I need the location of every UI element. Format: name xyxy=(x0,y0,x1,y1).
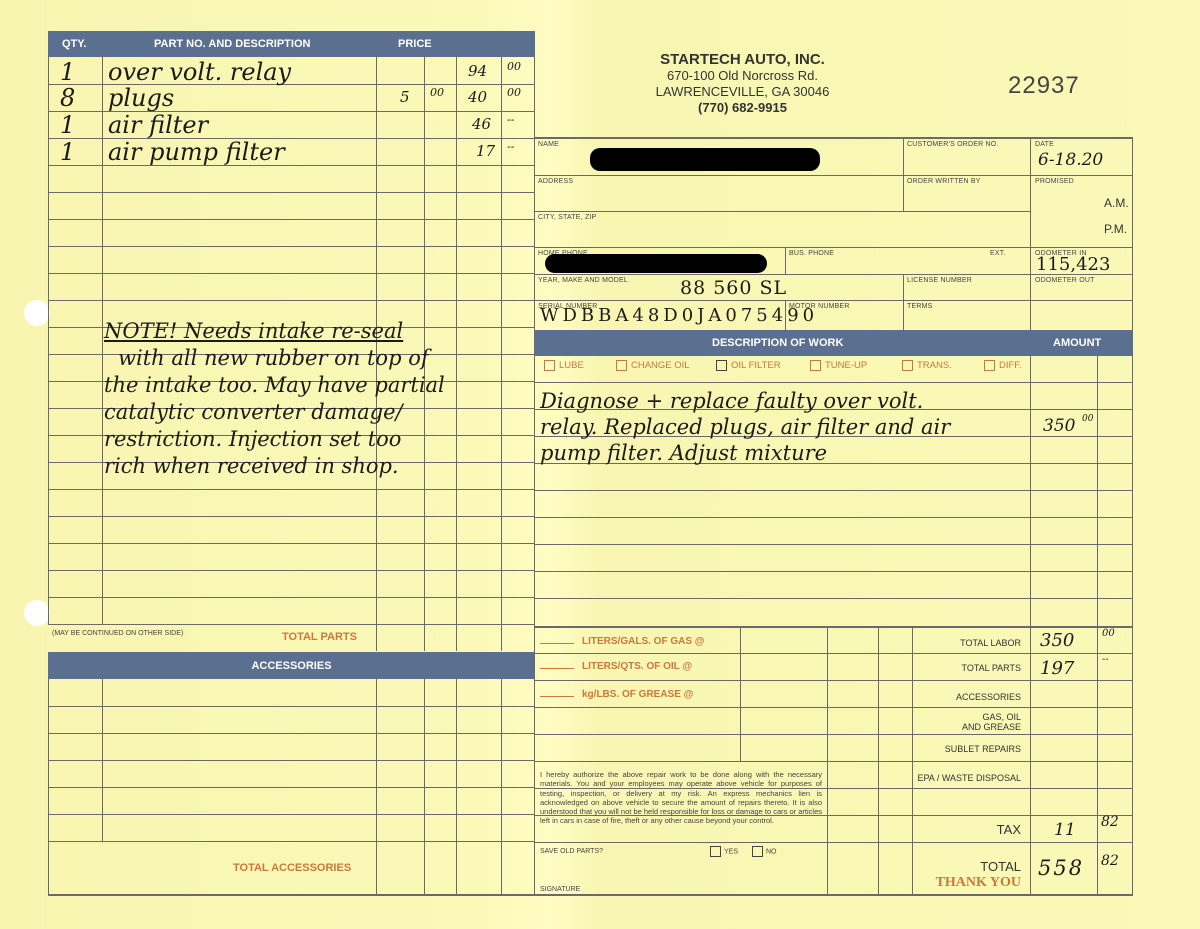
work-amount: 350 xyxy=(1043,416,1075,436)
checkbox-icon[interactable] xyxy=(902,360,913,371)
part-amount-dollars: 94 xyxy=(468,62,487,80)
part-amount-dollars: 17 xyxy=(476,142,495,160)
work-line: relay. Replaced plugs, air filter and ai… xyxy=(540,414,1030,440)
customer-order-label: CUSTOMER'S ORDER NO. xyxy=(907,141,999,148)
save-parts-no[interactable]: NO xyxy=(752,846,777,857)
date-value: 6-18.20 xyxy=(1038,150,1103,170)
oil-line: LITERS/QTS. OF OIL @ xyxy=(540,661,692,672)
part-description: over volt. relay xyxy=(108,58,291,86)
grid-line xyxy=(48,570,535,571)
total-labor-cents: 00 xyxy=(1102,628,1115,639)
checkbox-diff[interactable]: DIFF. xyxy=(984,360,1022,371)
part-qty: 1 xyxy=(60,58,75,86)
checkbox-change-oil[interactable]: CHANGE OIL xyxy=(616,360,690,371)
grease-line: kg/LBS. OF GREASE @ xyxy=(540,689,693,700)
tax-label: TAX xyxy=(997,822,1021,837)
total-parts-summary-label: TOTAL PARTS xyxy=(961,663,1021,673)
gas-oil-label-line: AND GREASE xyxy=(962,722,1021,732)
work-line: Diagnose + replace faulty over volt. xyxy=(540,388,1030,414)
home-phone-redacted xyxy=(545,254,767,273)
grid-line xyxy=(534,571,1132,572)
pm-label: P.M. xyxy=(1104,222,1127,236)
part-qty: 8 xyxy=(60,84,75,112)
grid-line xyxy=(534,734,1132,735)
oil-label: LITERS/QTS. OF OIL @ xyxy=(582,661,692,672)
shop-address-2: LAWRENCEVILLE, GA 30046 xyxy=(535,84,950,100)
continued-label: (MAY BE CONTINUED ON OTHER SIDE) xyxy=(52,630,183,637)
grid-line xyxy=(48,219,535,220)
grid-line xyxy=(534,517,1132,518)
sublet-repairs-label: SUBLET REPAIRS xyxy=(945,744,1021,754)
note-line: restriction. Injection set too xyxy=(104,426,534,453)
odometer-out-label: ODOMETER OUT xyxy=(1035,277,1095,284)
accessories-header-label: ACCESSORIES xyxy=(251,660,331,672)
checkbox-icon[interactable] xyxy=(710,846,721,857)
shop-note: NOTE! Needs intake re-seal with all new … xyxy=(104,318,534,480)
work-line: pump filter. Adjust mixture xyxy=(540,440,1030,466)
checkbox-label: TUNE-UP xyxy=(825,360,867,371)
total-parts-value: 197 xyxy=(1040,658,1074,679)
part-amount-cents: 00 xyxy=(507,86,521,99)
city-state-zip-label: CITY, STATE, ZIP xyxy=(538,214,596,221)
grid-line xyxy=(48,760,535,761)
work-amount-cents: 00 xyxy=(1082,414,1093,424)
note-line: the intake too. May have partial xyxy=(104,372,534,399)
grid-line xyxy=(48,543,535,544)
name-label: NAME xyxy=(538,141,559,148)
epa-waste-label: EPA / WASTE DISPOSAL xyxy=(917,773,1021,783)
grid-line xyxy=(48,246,535,247)
grid-line xyxy=(48,733,535,734)
grease-label: kg/LBS. OF GREASE @ xyxy=(582,689,693,700)
part-description: air pump filter xyxy=(108,138,285,166)
total-parts-cents: -- xyxy=(1102,654,1109,665)
part-unit-dollars: 5 xyxy=(400,88,410,106)
grid-line xyxy=(534,680,1132,681)
accessories-header: ACCESSORIES xyxy=(48,652,535,679)
invoice-number: 22937 xyxy=(1008,72,1080,100)
bus-phone-label: BUS. PHONE xyxy=(789,250,834,257)
grid-line xyxy=(534,544,1132,545)
thank-you-label: THANK YOU xyxy=(936,875,1021,891)
binder-hole xyxy=(24,600,50,626)
total-labor-label: TOTAL LABOR xyxy=(960,638,1021,648)
amount-label: AMOUNT xyxy=(1053,337,1101,349)
save-old-parts-label: SAVE OLD PARTS? xyxy=(540,848,603,855)
part-qty: 1 xyxy=(60,111,75,139)
grid-line xyxy=(48,706,535,707)
grid-line xyxy=(534,598,1132,599)
serial-number-value: WDBBA48D0JA075490 xyxy=(540,305,818,326)
gas-line: LITERS/GALS. OF GAS @ xyxy=(540,636,705,647)
checkbox-icon[interactable] xyxy=(810,360,821,371)
checkbox-icon[interactable] xyxy=(716,360,727,371)
tax-value: 11 xyxy=(1054,820,1076,840)
checkbox-label: OIL FILTER xyxy=(731,360,781,371)
no-label: NO xyxy=(766,848,777,855)
checkbox-lube[interactable]: LUBE xyxy=(544,360,584,371)
gas-label: LITERS/GALS. OF GAS @ xyxy=(582,636,705,647)
total-value: 558 xyxy=(1038,856,1084,880)
checkbox-label: TRANS. xyxy=(917,360,952,371)
checkbox-label: LUBE xyxy=(559,360,584,371)
part-unit-cents: 00 xyxy=(430,86,444,99)
checkbox-tune-up[interactable]: TUNE-UP xyxy=(810,360,867,371)
shop-info: STARTECH AUTO, INC. 670-100 Old Norcross… xyxy=(535,52,950,116)
grid-line xyxy=(48,273,535,274)
grid-line xyxy=(534,761,1132,762)
am-label: A.M. xyxy=(1104,196,1129,210)
checkbox-label: DIFF. xyxy=(999,360,1022,371)
binder-hole xyxy=(24,300,50,326)
grid-line xyxy=(48,787,535,788)
odometer-in-value: 115,423 xyxy=(1036,254,1110,275)
total-parts-label: TOTAL PARTS xyxy=(282,631,357,643)
checkbox-label: CHANGE OIL xyxy=(631,360,690,371)
authorization-text: I hereby authorize the above repair work… xyxy=(540,770,822,826)
note-line: with all new rubber on top of xyxy=(104,345,534,372)
license-number-label: LICENSE NUMBER xyxy=(907,277,972,284)
address-label: ADDRESS xyxy=(538,178,573,185)
total-accessories-label: TOTAL ACCESSORIES xyxy=(233,862,351,874)
shop-name: STARTECH AUTO, INC. xyxy=(535,52,950,68)
order-written-by-label: ORDER WRITTEN BY xyxy=(907,178,981,185)
gas-oil-label-line: GAS, OIL xyxy=(962,712,1021,722)
part-amount-cents: -- xyxy=(507,113,514,126)
date-label: DATE xyxy=(1035,141,1054,148)
part-amount-dollars: 46 xyxy=(472,115,491,133)
ext-label: EXT. xyxy=(990,250,1006,257)
tax-cents: 82 xyxy=(1101,814,1119,830)
accessories-summary-label: ACCESSORIES xyxy=(956,692,1021,702)
parts-table-header: QTY. PART NO. AND DESCRIPTION PRICE xyxy=(48,31,535,57)
work-description: Diagnose + replace faulty over volt. rel… xyxy=(540,388,1030,466)
total-cents: 82 xyxy=(1101,853,1119,869)
part-qty: 1 xyxy=(60,138,75,166)
checkbox-trans[interactable]: TRANS. xyxy=(902,360,952,371)
grid-line xyxy=(48,624,535,625)
gas-oil-grease-label: GAS, OIL AND GREASE xyxy=(962,712,1021,732)
part-description: air filter xyxy=(108,111,208,139)
part-description: plugs xyxy=(108,84,174,112)
grid-line xyxy=(48,597,535,598)
checkbox-icon[interactable] xyxy=(616,360,627,371)
grid-line xyxy=(534,490,1132,491)
year-make-model-label: YEAR, MAKE AND MODEL xyxy=(538,277,628,284)
grid-line xyxy=(534,707,1132,708)
checkbox-icon[interactable] xyxy=(752,846,763,857)
note-line: NOTE! Needs intake re-seal xyxy=(104,318,534,345)
grid-line xyxy=(48,516,535,517)
grid-line xyxy=(48,300,535,301)
terms-label: TERMS xyxy=(907,303,933,310)
note-line: catalytic converter damage/ xyxy=(104,399,534,426)
grid-line xyxy=(48,814,535,815)
grid-line xyxy=(48,841,535,842)
shop-phone: (770) 682-9915 xyxy=(535,100,950,116)
signature-label[interactable]: SIGNATURE xyxy=(540,886,580,893)
grid-line xyxy=(48,489,535,490)
save-parts-yes[interactable]: YES xyxy=(710,846,738,857)
price-header: PRICE xyxy=(398,38,432,50)
total-label: TOTAL xyxy=(980,859,1021,874)
part-amount-dollars: 40 xyxy=(468,88,487,106)
shop-address-1: 670-100 Old Norcross Rd. xyxy=(535,68,950,84)
checkbox-icon[interactable] xyxy=(544,360,555,371)
total-labor-value: 350 xyxy=(1040,630,1074,651)
grid-line xyxy=(534,653,1132,654)
yes-label: YES xyxy=(724,848,738,855)
checkbox-icon[interactable] xyxy=(984,360,995,371)
checkbox-oil-filter[interactable]: OIL FILTER xyxy=(716,360,781,371)
description-of-work-label: DESCRIPTION OF WORK xyxy=(712,337,843,349)
part-amount-cents: 00 xyxy=(507,60,521,73)
promised-label: PROMISED xyxy=(1035,178,1074,185)
grid-line xyxy=(48,192,535,193)
note-line: rich when received in shop. xyxy=(104,453,534,480)
work-header: DESCRIPTION OF WORK AMOUNT xyxy=(534,330,1133,356)
year-make-model-value: 88 560 SL xyxy=(680,277,787,299)
name-redacted xyxy=(590,148,820,171)
description-header: PART NO. AND DESCRIPTION xyxy=(154,38,310,50)
motor-number-label: MOTOR NUMBER xyxy=(789,303,850,310)
part-amount-cents: -- xyxy=(507,140,514,153)
grid-line xyxy=(534,842,1132,843)
qty-header: QTY. xyxy=(62,38,86,50)
